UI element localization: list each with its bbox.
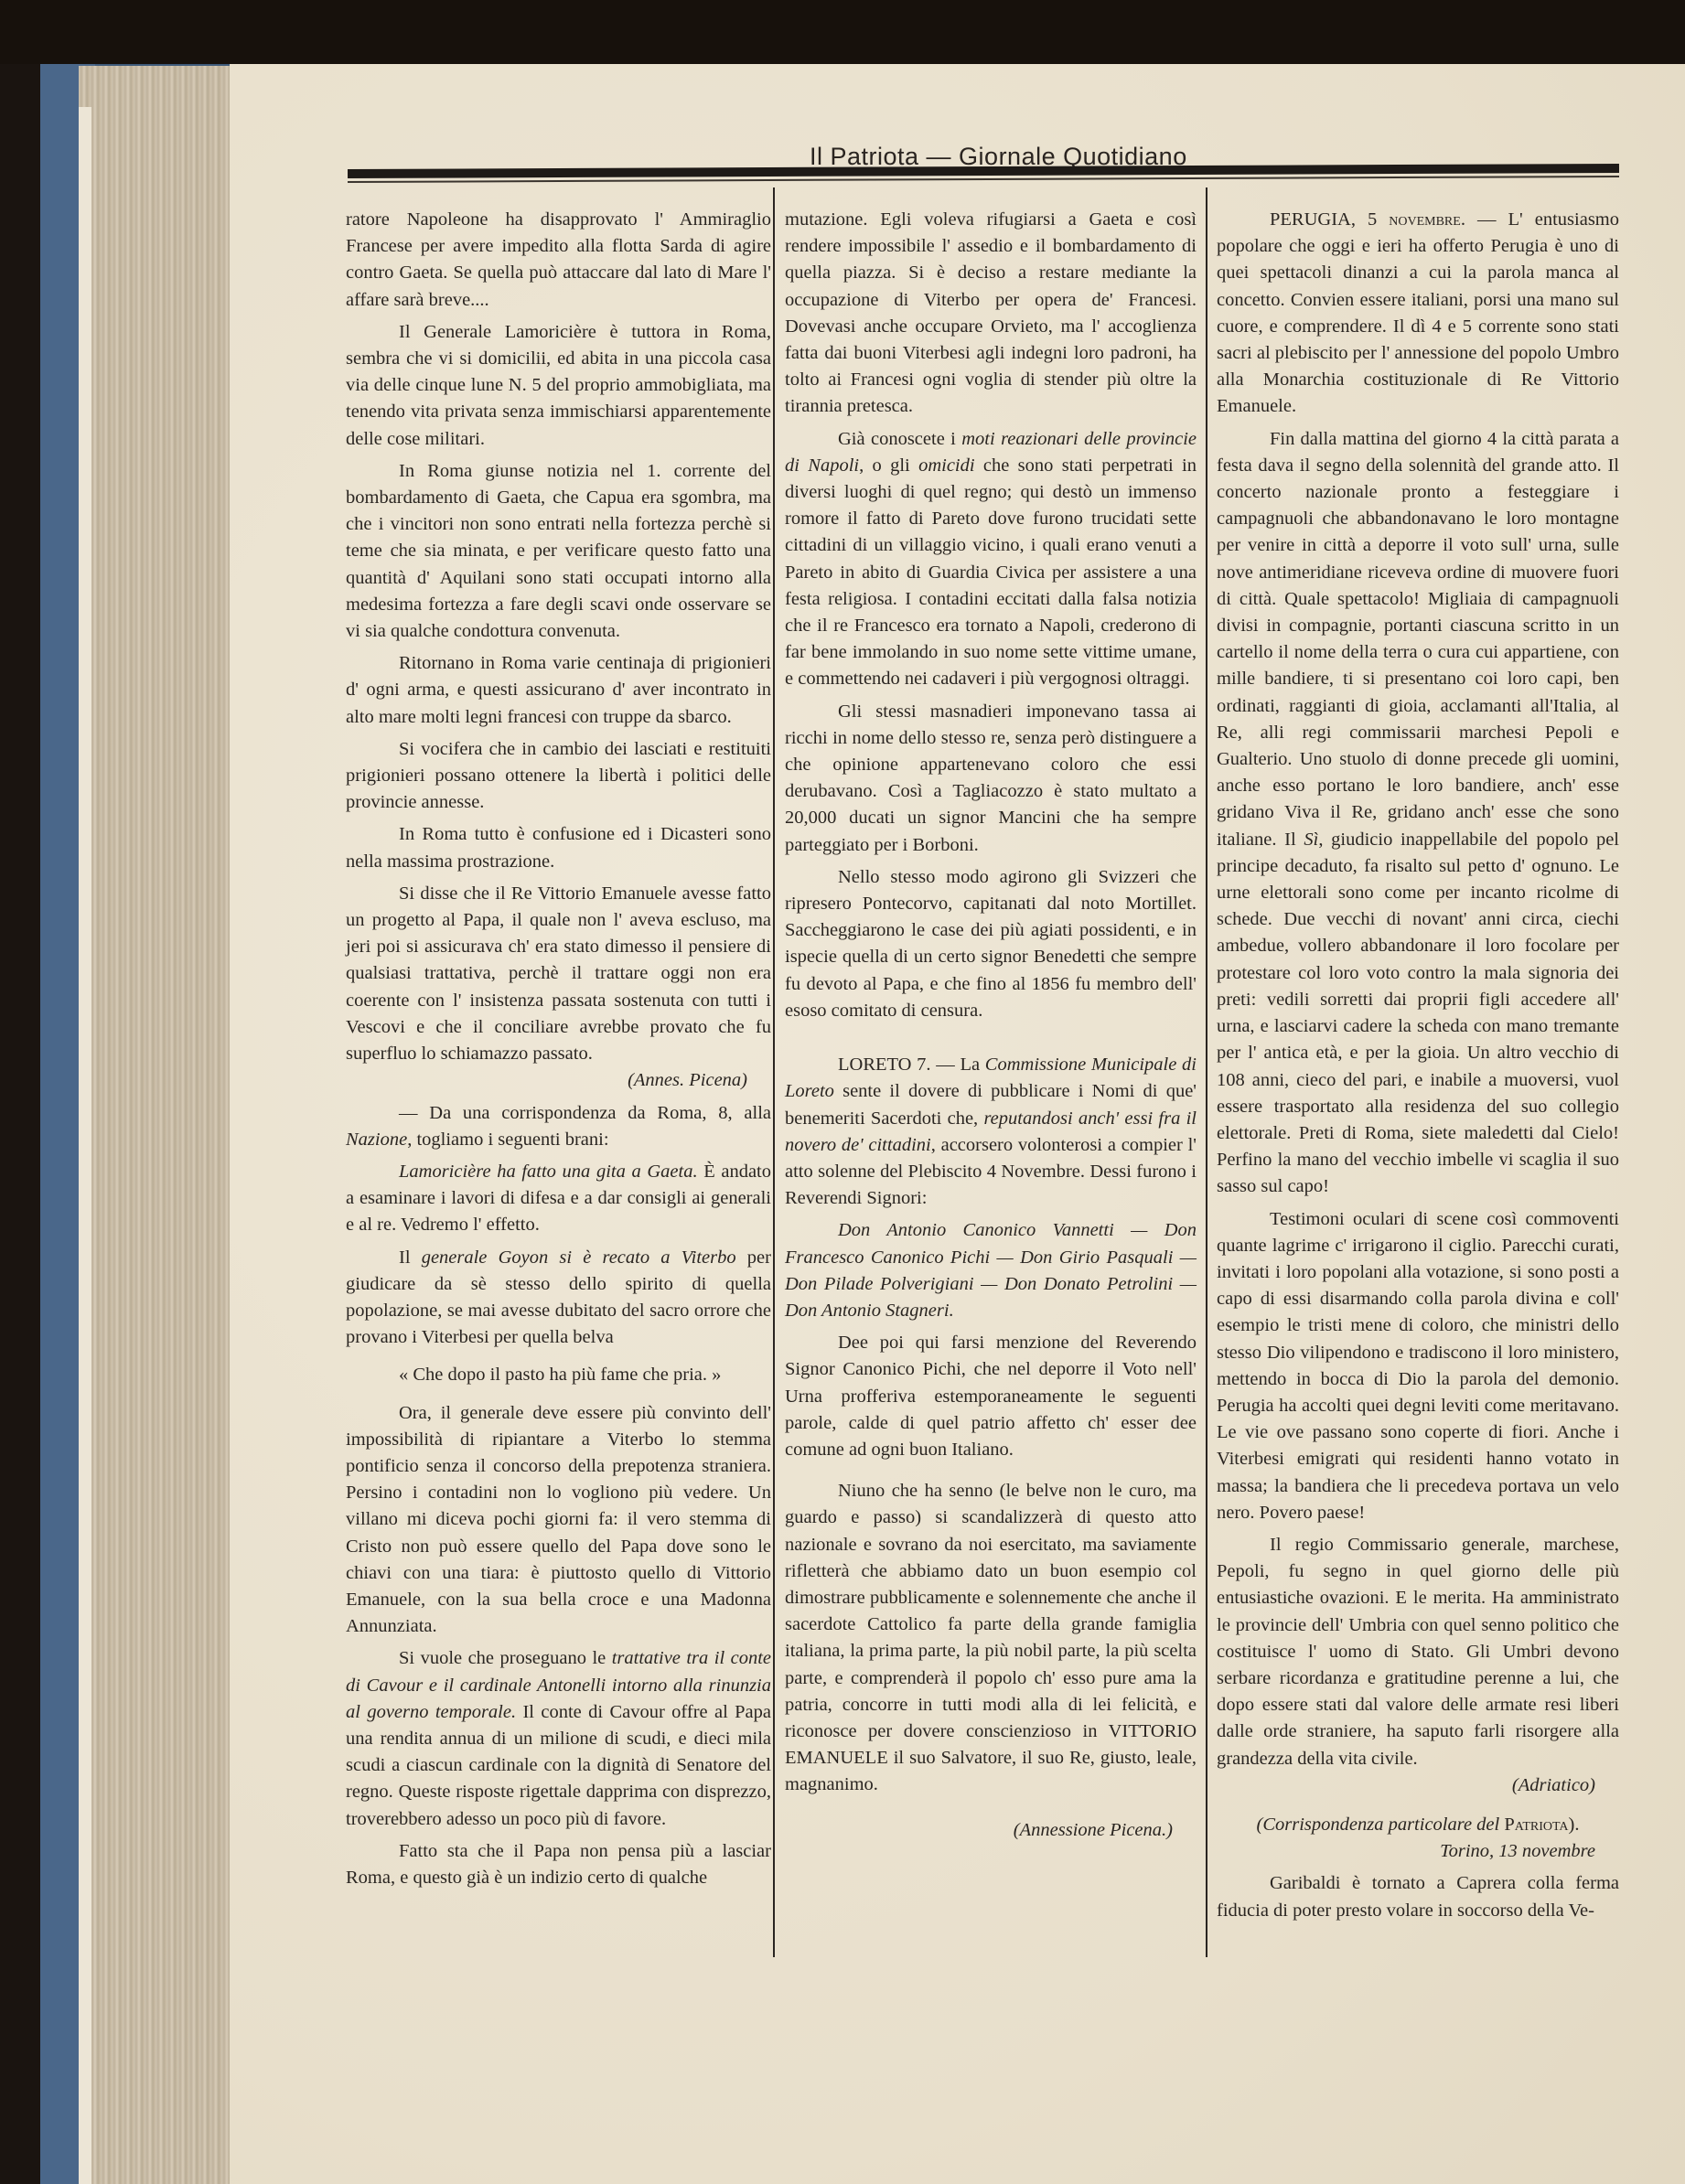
column-1: ratore Napoleone ha disapprovato l' Ammi…: [346, 207, 771, 1891]
paragraph: Fatto sta che il Papa non pensa più a la…: [346, 1838, 771, 1891]
paragraph: Dee poi qui farsi menzione del Reverendo…: [785, 1330, 1197, 1463]
paragraph: Nello stesso modo agirono gli Svizzeri c…: [785, 864, 1197, 1024]
paragraph: ratore Napoleone ha disapprovato l' Ammi…: [346, 207, 771, 314]
page-edges: [79, 66, 230, 2184]
paragraph: Il Generale Lamoricière è tuttora in Rom…: [346, 319, 771, 453]
paragraph: Lamoricière ha fatto una gita a Gaeta. È…: [346, 1159, 771, 1239]
source-credit: (Annes. Picena): [346, 1067, 771, 1094]
paragraph: Si vocifera che in cambio dei lasciati e…: [346, 736, 771, 817]
source-credit: (Adriatico): [1217, 1772, 1619, 1799]
column-divider-1: [773, 187, 775, 1957]
paragraph: Fin dalla mattina del giorno 4 la città …: [1217, 426, 1619, 1201]
paragraph: — Da una corrispondenza da Roma, 8, alla…: [346, 1100, 771, 1153]
loreto-article: LORETO 7. — La Commissione Municipale di…: [785, 1052, 1197, 1212]
paragraph: Si disse che il Re Vittorio Emanuele ave…: [346, 881, 771, 1067]
column-divider-2: [1206, 187, 1207, 1957]
priest-names: Don Antonio Canonico Vannetti — Don Fran…: [785, 1217, 1197, 1324]
paragraph: Ritornano in Roma varie centinaja di pri…: [346, 650, 771, 731]
paragraph: In Roma giunse notizia nel 1. corrente d…: [346, 458, 771, 645]
scan-background: [0, 0, 1685, 64]
quoted-speech: Niuno che ha senno (le belve non le curo…: [785, 1478, 1197, 1798]
paragraph: Garibaldi è tornato a Caprera colla ferm…: [1217, 1870, 1619, 1923]
paragraph: Ora, il generale deve essere più convint…: [346, 1400, 771, 1641]
correspondence-heading: (Corrispondenza particolare del Patriota…: [1217, 1812, 1619, 1838]
column-2: mutazione. Egli voleva rifugiarsi a Gaet…: [785, 207, 1197, 1844]
paragraph: Si vuole che proseguano le trattative tr…: [346, 1645, 771, 1832]
quote: « Che dopo il pasto ha più fame che pria…: [346, 1362, 771, 1388]
column-3: PERUGIA, 5 novembre. — L' entusiasmo pop…: [1217, 207, 1619, 1924]
paragraph: Gli stessi masnadieri imponevano tassa a…: [785, 699, 1197, 859]
paragraph: Il regio Commissario generale, marchese,…: [1217, 1532, 1619, 1772]
dateline: Torino, 13 novembre: [1217, 1838, 1619, 1865]
source-credit: (Annessione Picena.): [785, 1817, 1197, 1844]
perugia-article: PERUGIA, 5 novembre. — L' entusiasmo pop…: [1217, 207, 1619, 421]
paragraph: mutazione. Egli voleva rifugiarsi a Gaet…: [785, 207, 1197, 421]
paragraph: Il generale Goyon si è recato a Viterbo …: [346, 1245, 771, 1352]
paragraph: Già conoscete i moti reazionari delle pr…: [785, 426, 1197, 693]
paragraph: Testimoni oculari di scene così commoven…: [1217, 1206, 1619, 1526]
paragraph: In Roma tutto è confusione ed i Dicaster…: [346, 821, 771, 874]
